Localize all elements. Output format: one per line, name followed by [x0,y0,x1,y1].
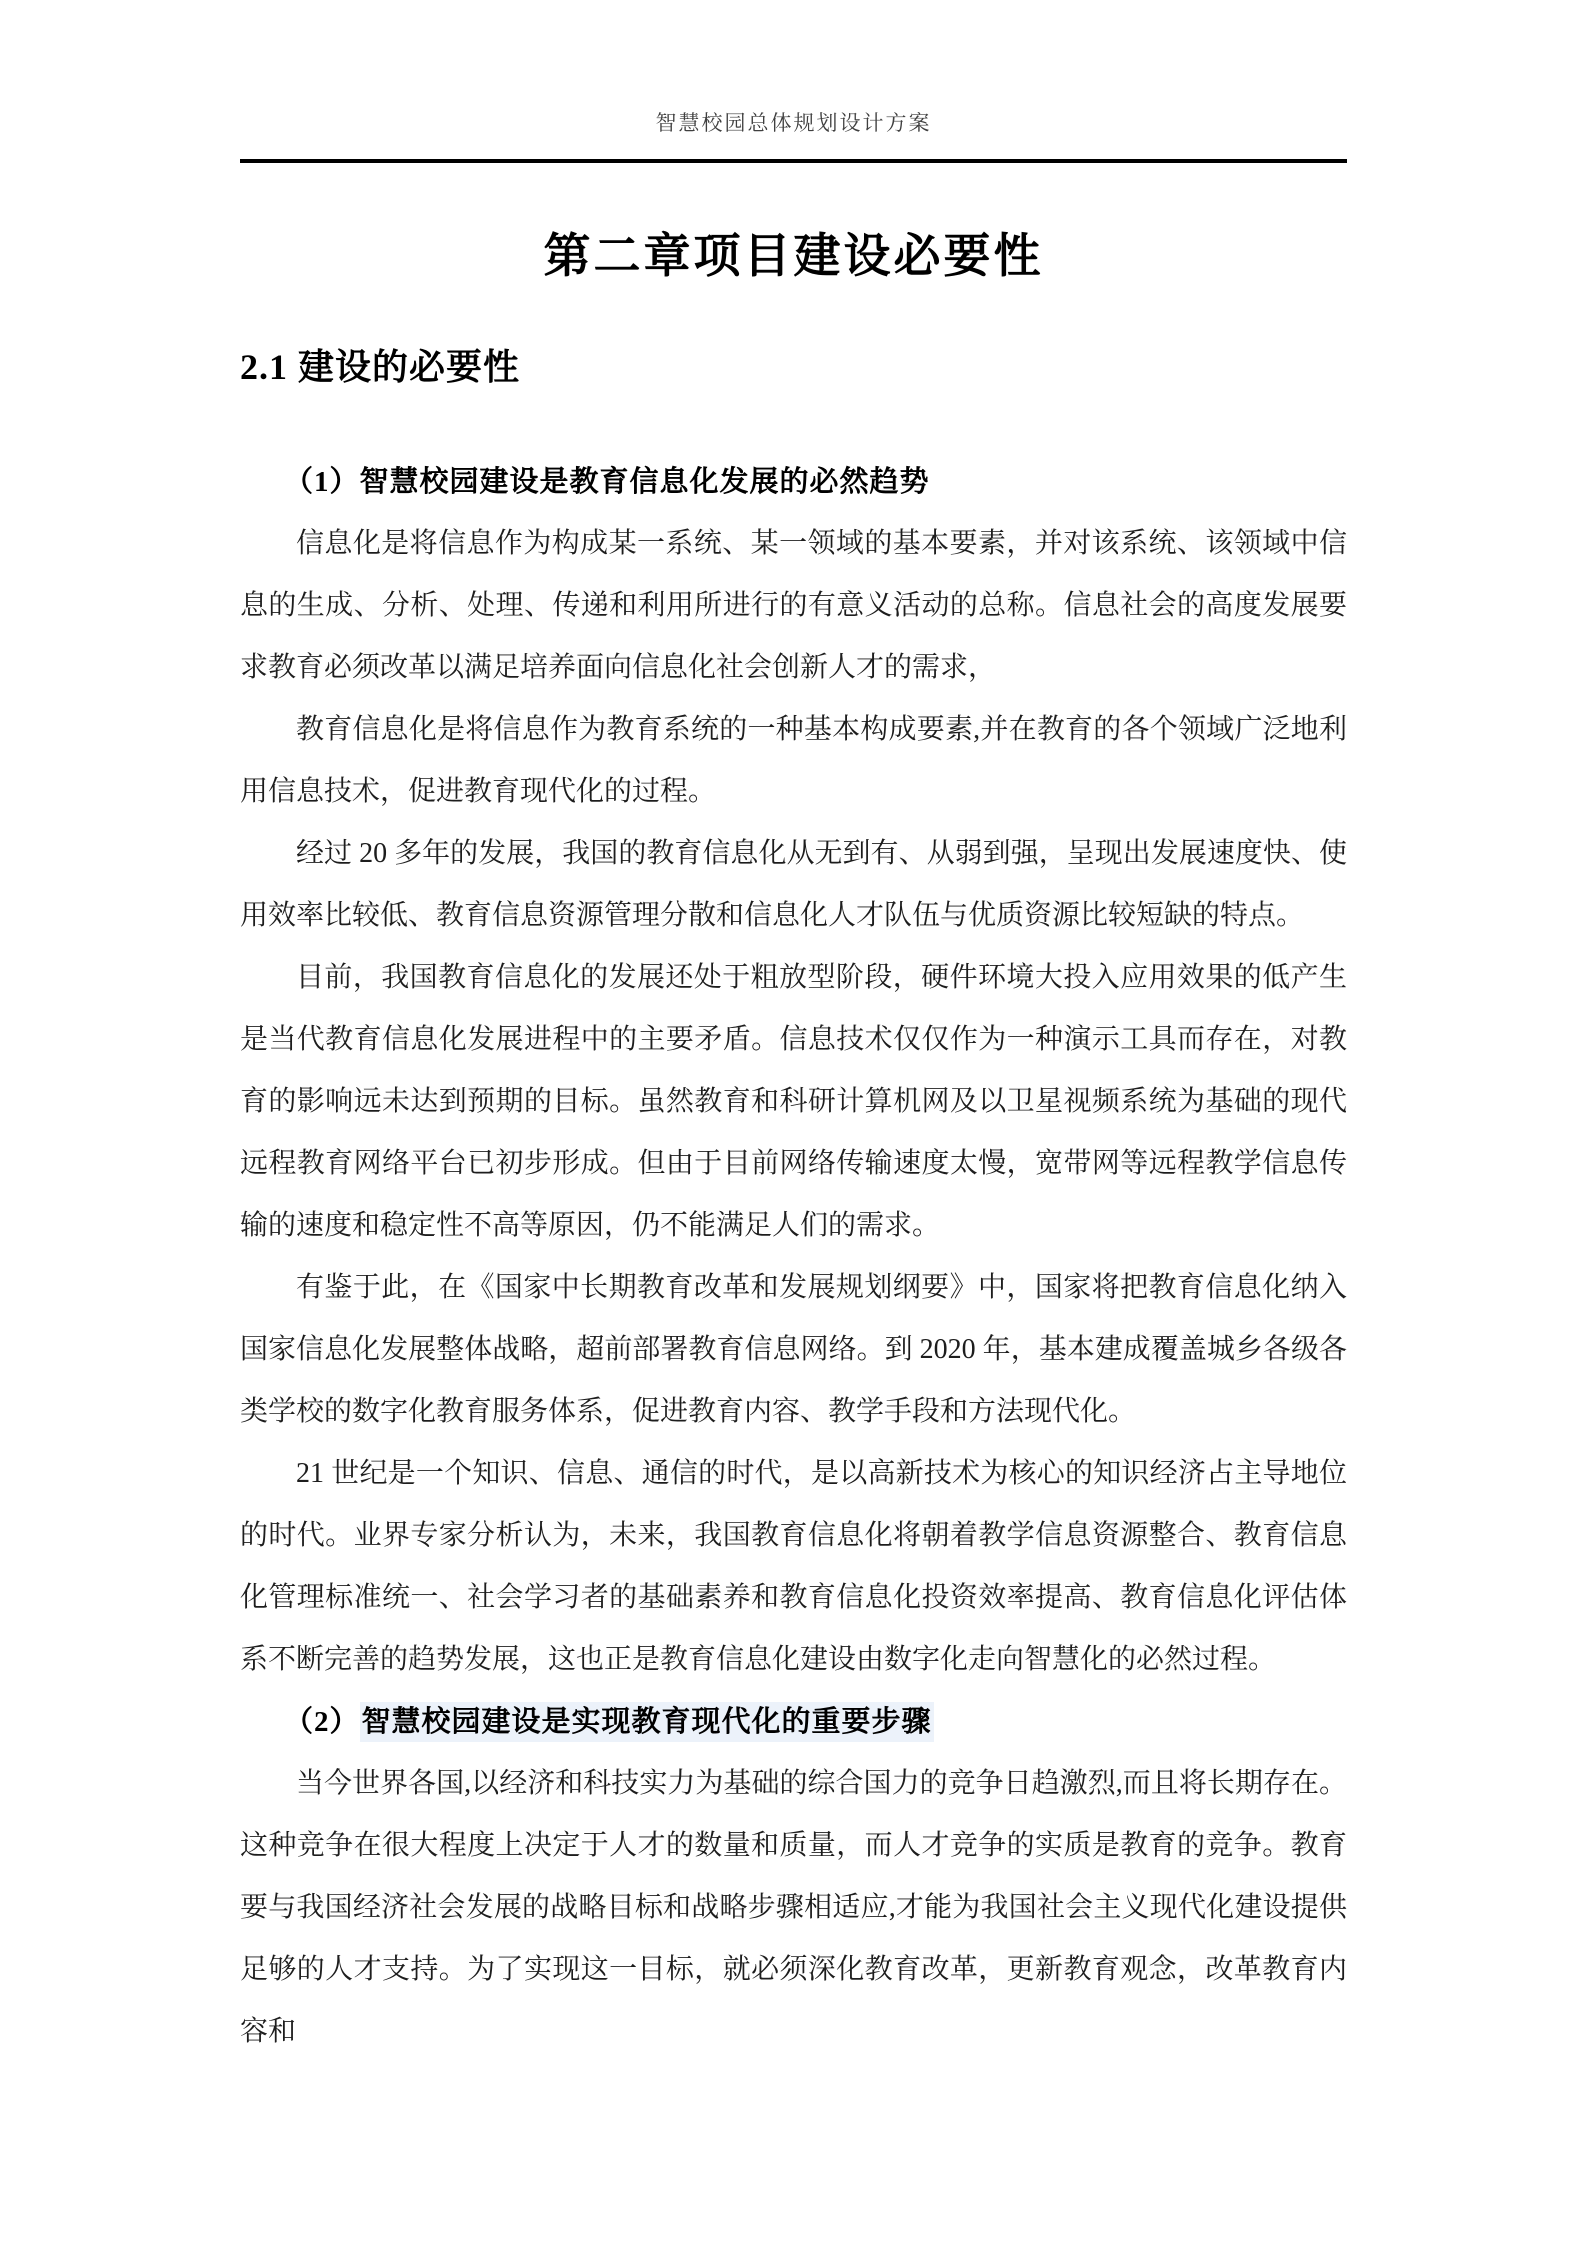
page-header-title: 智慧校园总体规划设计方案 [240,108,1347,138]
paragraph: 21 世纪是一个知识、信息、通信的时代，是以高新技术为核心的知识经济占主导地位的… [240,1443,1347,1691]
subsection-1-title: 智慧校园建设是教育信息化发展的必然趋势 [360,466,930,498]
section-body: （1）智慧校园建设是教育信息化发展的必然趋势 信息化是将信息作为构成某一系统、某… [240,451,1347,2063]
header-rule [240,159,1347,163]
paragraph: 经过 20 多年的发展，我国的教育信息化从无到有、从弱到强，呈现出发展速度快、使… [240,823,1347,947]
subsection-2-number: （2） [284,1706,360,1738]
section-heading: 2.1 建设的必要性 [240,342,1347,392]
subsection-heading-1: （1）智慧校园建设是教育信息化发展的必然趋势 [240,451,1347,513]
paragraph: 当今世界各国,以经济和科技实力为基础的综合国力的竞争日趋激烈,而且将长期存在。这… [240,1753,1347,2063]
paragraph: 信息化是将信息作为构成某一系统、某一领域的基本要素，并对该系统、该领域中信息的生… [240,513,1347,699]
paragraph: 有鉴于此，在《国家中长期教育改革和发展规划纲要》中，国家将把教育信息化纳入国家信… [240,1257,1347,1443]
subsection-2-title: 智慧校园建设是实现教育现代化的重要步骤 [360,1702,934,1742]
chapter-title: 第二章项目建设必要性 [240,220,1347,295]
subsection-heading-2: （2）智慧校园建设是实现教育现代化的重要步骤 [240,1691,1347,1753]
subsection-1-number: （1） [284,466,360,498]
paragraph: 教育信息化是将信息作为教育系统的一种基本构成要素,并在教育的各个领域广泛地利用信… [240,699,1347,823]
paragraph: 目前，我国教育信息化的发展还处于粗放型阶段，硬件环境大投入应用效果的低产生是当代… [240,947,1347,1257]
document-page: 智慧校园总体规划设计方案 第二章项目建设必要性 2.1 建设的必要性 （1）智慧… [0,0,1587,2245]
